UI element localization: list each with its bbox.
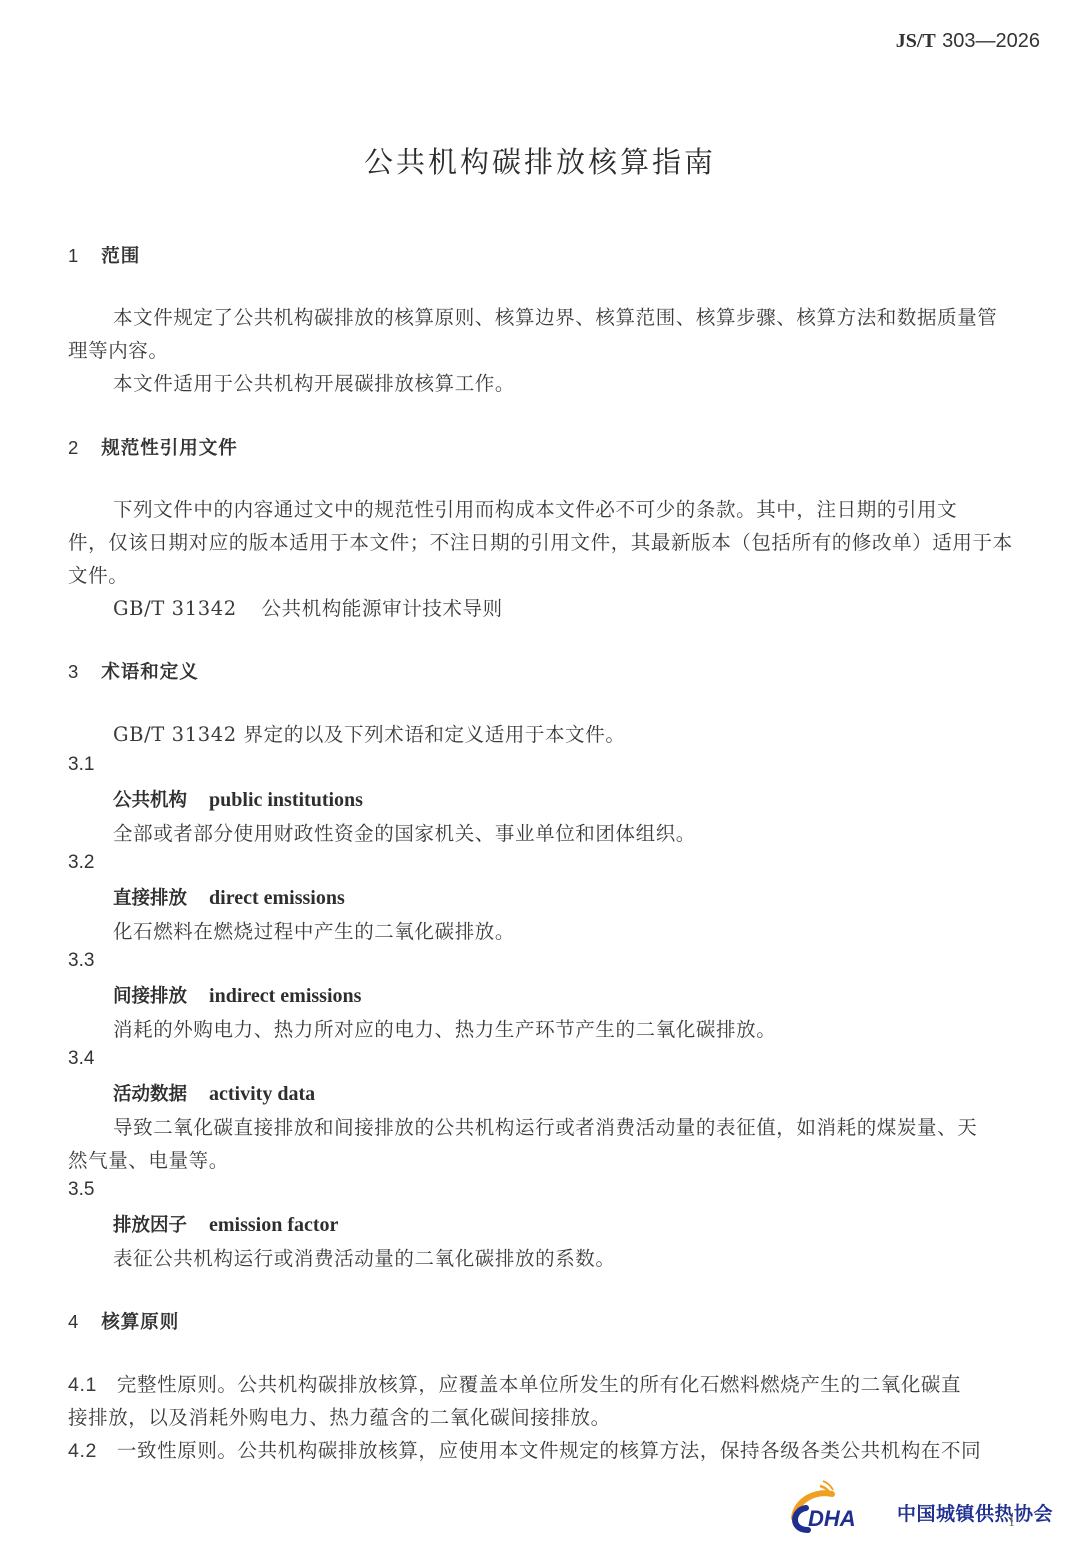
section-2-heading: 2规范性引用文件 [68,434,238,460]
logo-text: DHA [808,1506,856,1531]
clause-number: 4.1 [68,1374,97,1396]
section-intro: GB/T 31342 界定的以及下列术语和定义适用于本文件。 [113,719,625,747]
term-en: activity data [209,1083,315,1105]
paragraph-line: 下列文件中的内容通过文中的规范性引用而构成本文件必不可少的条款。其中，注日期的引… [113,494,957,522]
dha-logo-icon: DHA [786,1478,896,1538]
section-number: 3 [68,661,79,682]
term-zh: 公共机构 [113,790,187,811]
section-number: 1 [68,245,79,266]
clause-text: 完整性原则。公共机构碳排放核算，应覆盖本单位所发生的所有化石燃料燃烧产生的二氧化… [117,1373,961,1396]
section-4-heading: 4核算原则 [68,1308,179,1334]
term-en: indirect emissions [209,985,361,1007]
term-en: emission factor [209,1214,338,1236]
clause-text: 一致性原则。公共机构碳排放核算，应使用本文件规定的核算方法，保持各级各类公共机构… [117,1439,981,1462]
paragraph-line: 文件。 [68,560,128,588]
section-number: 4 [68,1311,79,1332]
term-definition: 表征公共机构运行或消费活动量的二氧化碳排放的系数。 [113,1243,616,1271]
section-title: 规范性引用文件 [101,438,238,459]
standard-code: JS/T 303—2026 [896,28,1040,53]
term-number: 3.5 [68,1179,94,1201]
term-zh: 排放因子 [113,1215,187,1236]
term-en: direct emissions [209,887,345,909]
organization-name: 中国城镇供热协会 [897,1499,1053,1526]
term-heading: 直接排放direct emissions [113,884,345,910]
section-number: 2 [68,437,79,458]
term-definition: 全部或者部分使用财政性资金的国家机关、事业单位和团体组织。 [113,818,696,846]
reference-code: GB/T 31342 [113,597,237,620]
term-definition: 化石燃料在燃烧过程中产生的二氧化碳排放。 [113,916,515,944]
term-number: 3.2 [68,852,94,874]
term-number: 3.3 [68,950,94,972]
clause-line: 接排放，以及消耗外购电力、热力蕴含的二氧化碳间接排放。 [68,1402,611,1430]
term-definition: 消耗的外购电力、热力所对应的电力、热力生产环节产生的二氧化碳排放。 [113,1014,776,1042]
standard-number: 303—2026 [942,30,1040,52]
term-heading: 公共机构public institutions [113,786,363,812]
term-number: 3.4 [68,1048,94,1070]
standard-prefix: JS/T [896,30,936,52]
term-heading: 活动数据activity data [113,1080,315,1106]
term-zh: 活动数据 [113,1084,187,1105]
term-heading: 间接排放indirect emissions [113,982,361,1008]
reference-item: GB/T 31342 公共机构能源审计技术导则 [113,593,503,621]
section-title: 范围 [101,246,140,267]
paragraph-line: 件，仅该日期对应的版本适用于本文件；不注日期的引用文件，其最新版本（包括所有的修… [68,527,1013,555]
reference-title: 公共机构能源审计技术导则 [262,597,503,620]
clause-number: 4.2 [68,1440,97,1462]
paragraph-line: 理等内容。 [68,335,169,363]
section-3-heading: 3术语和定义 [68,658,199,684]
section-title: 核算原则 [101,1312,179,1333]
clause-line: 4.1完整性原则。公共机构碳排放核算，应覆盖本单位所发生的所有化石燃料燃烧产生的… [68,1369,961,1397]
section-1-heading: 1范围 [68,242,140,268]
page-number: 1 [1008,1515,1015,1531]
paragraph-line: 本文件规定了公共机构碳排放的核算原则、核算边界、核算范围、核算步骤、核算方法和数… [113,302,997,330]
clause-line: 4.2一致性原则。公共机构碳排放核算，应使用本文件规定的核算方法，保持各级各类公… [68,1435,981,1463]
term-zh: 间接排放 [113,986,187,1007]
term-en: public institutions [209,789,363,811]
term-heading: 排放因子emission factor [113,1211,338,1237]
term-number: 3.1 [68,754,94,776]
term-definition: 导致二氧化碳直接排放和间接排放的公共机构运行或者消费活动量的表征值，如消耗的煤炭… [113,1112,977,1140]
section-title: 术语和定义 [101,662,199,683]
term-definition: 然气量、电量等。 [68,1145,229,1173]
paragraph-line: 本文件适用于公共机构开展碳排放核算工作。 [113,368,515,396]
term-zh: 直接排放 [113,888,187,909]
document-title: 公共机构碳排放核算指南 [0,140,1080,181]
